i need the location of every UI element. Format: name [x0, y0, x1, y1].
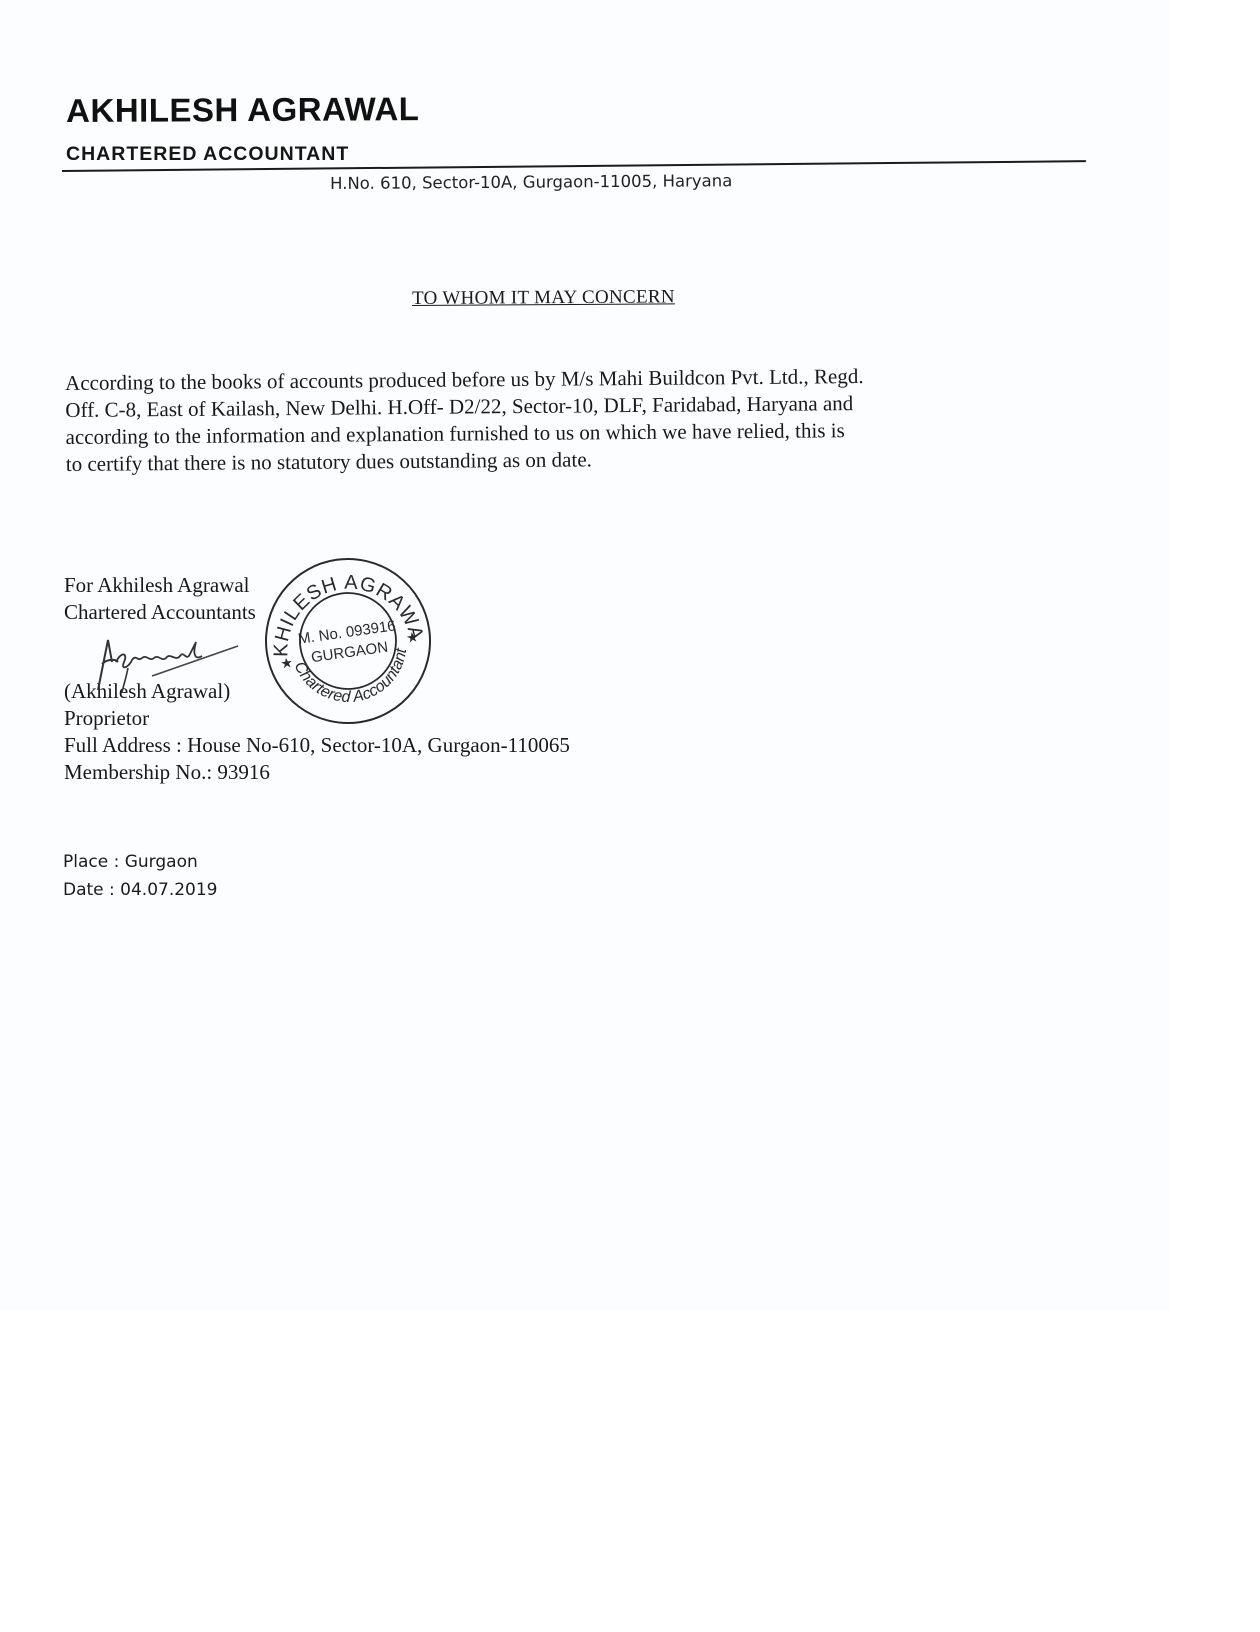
- letterhead-address: H.No. 610, Sector-10A, Gurgaon-11005, Ha…: [330, 171, 732, 193]
- signatory-membership: Membership No.: 93916: [64, 759, 570, 786]
- letterhead-name: AKHILESH AGRAWAL: [66, 90, 419, 130]
- document-heading: TO WHOM IT MAY CONCERN: [412, 286, 675, 310]
- letterhead-title: CHARTERED ACCOUNTANT: [66, 143, 349, 166]
- certificate-body: According to the books of accounts produ…: [65, 361, 1076, 478]
- handwritten-signature: Agrawal: [92, 632, 242, 694]
- ca-seal-stamp: AKHILESH AGRAWAL Chartered Accountant ★ …: [262, 555, 434, 727]
- place-date-block: Place : Gurgaon Date : 04.07.2019: [63, 848, 218, 904]
- signatory-address: Full Address : House No-610, Sector-10A,…: [64, 732, 570, 759]
- place-line: Place : Gurgaon: [63, 848, 218, 876]
- date-line: Date : 04.07.2019: [63, 876, 218, 904]
- star-icon: ★: [280, 656, 295, 673]
- star-icon: ★: [405, 630, 420, 647]
